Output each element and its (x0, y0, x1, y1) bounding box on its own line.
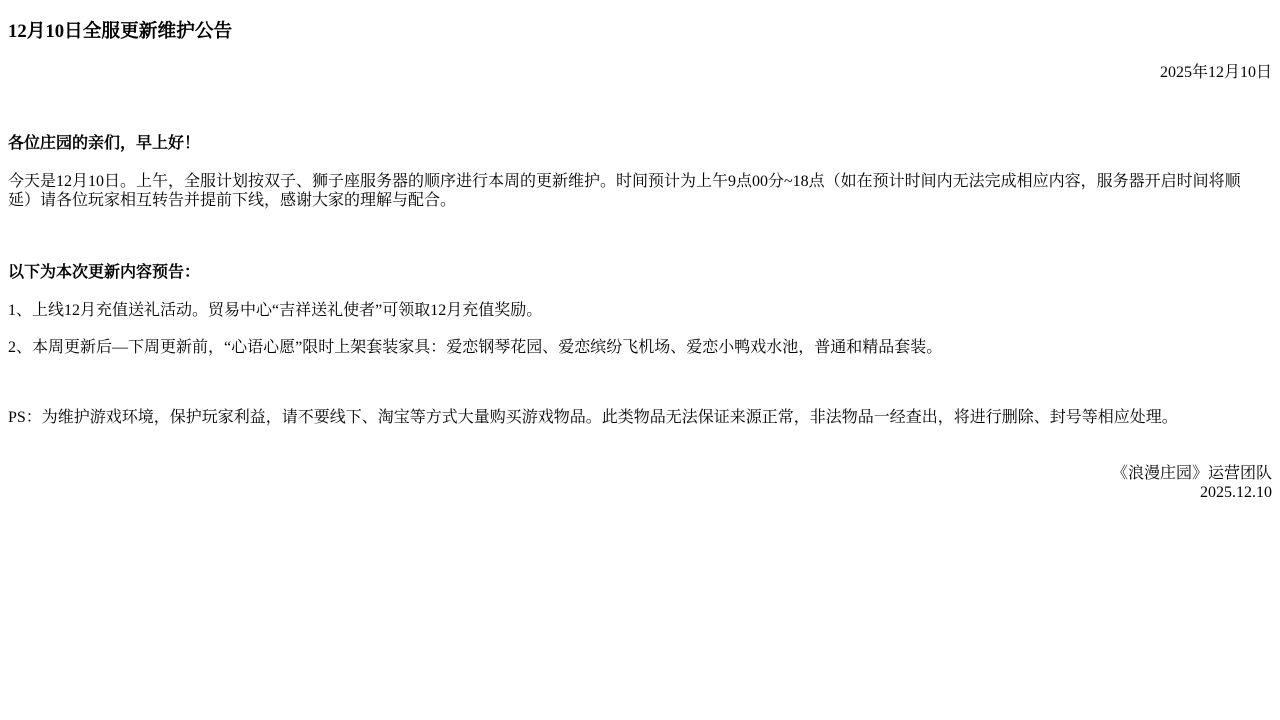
publish-date: 2025年12月10日 (1160, 63, 1272, 82)
page-title: 12月10日全服更新维护公告 (8, 21, 232, 43)
ps-paragraph: PS：为维护游戏环境，保护玩家利益，请不要线下、淘宝等方式大量购买游戏物品。此类… (8, 408, 1178, 427)
signature-team: 《浪漫庄园》运营团队 (1112, 464, 1272, 483)
greeting: 各位庄园的亲们，早上好！ (8, 134, 200, 153)
signature-date: 2025.12.10 (1112, 483, 1272, 502)
update-item: 2、本周更新后—下周更新前，“心语心愿”限时上架套装家具：爱恋钢琴花园、爱恋缤纷… (8, 338, 942, 357)
signature: 《浪漫庄园》运营团队 2025.12.10 (1112, 464, 1272, 502)
intro-paragraph: 今天是12月10日。上午，全服计划按双子、狮子座服务器的顺序进行本周的更新维护。… (8, 172, 1248, 210)
update-item: 1、上线12月充值送礼活动。贸易中心“吉祥送礼使者”可领取12月充值奖励。 (8, 301, 542, 320)
update-list-title: 以下为本次更新内容预告： (8, 263, 200, 282)
